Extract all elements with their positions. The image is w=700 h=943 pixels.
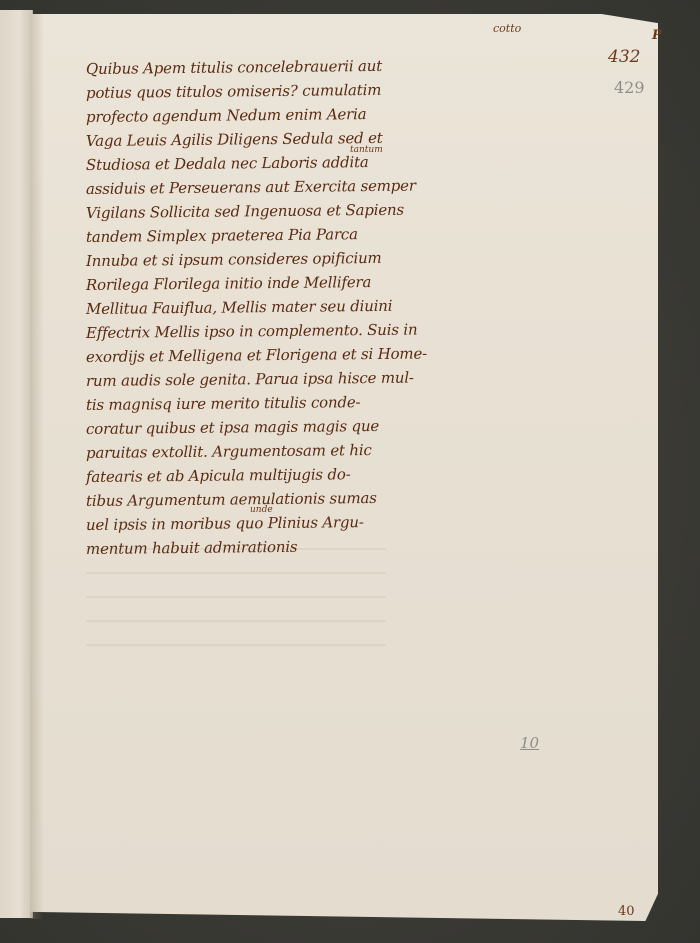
text-line: Innuba et si ipsum consideres opificium [86, 249, 382, 270]
text-line: potius quos titulos omiseris? cumulatim [86, 81, 381, 102]
bleed-through-line [86, 644, 386, 646]
text-line: Mellitua Fauiflua, Mellis mater seu diui… [86, 297, 393, 318]
text-line: mentum habuit admirationis [86, 538, 298, 558]
text-line: Studiosa et Dedala nec Laboris addita [86, 153, 369, 174]
text-line: Quibus Apem titulis concelebrauerii aut [86, 57, 382, 78]
bleed-through-line [86, 596, 386, 598]
text-line: tandem Simplex praeterea Pia Parca [86, 225, 358, 246]
text-line: Effectrix Mellis ipso in complemento. Su… [86, 321, 418, 342]
text-line: tis magnisq iure merito titulis conde- [86, 393, 361, 414]
text-line: coratur quibus et ipsa magis magis que [86, 417, 379, 438]
top-note: cotto [493, 22, 521, 35]
folio-number-pencil: 429 [614, 78, 645, 97]
text-line: Vaga Leuis Agilis Diligens Sedula sed et [86, 129, 383, 150]
text-line: Vigilans Sollicita sed Ingenuosa et Sapi… [86, 201, 404, 222]
text-line: paruitas extollit. Argumentosam et hic [86, 441, 372, 462]
folio-letter: P [652, 28, 662, 43]
bleed-through-line [86, 572, 386, 574]
facing-page-edge [0, 10, 33, 918]
gutter-shadow [30, 14, 44, 919]
text-line: assiduis et Perseuerans aut Exercita sem… [86, 177, 416, 198]
text-line: uel ipsis in moribus quo Plinius Argu- [86, 513, 364, 534]
text-line: tibus Argumentum aemulationis sumas [86, 489, 377, 510]
bleed-through-line [86, 620, 386, 622]
footer-number: 40 [618, 904, 635, 919]
text-line: Rorilega Florilega initio inde Mellifera [86, 273, 371, 294]
text-line: rum audis sole genita. Parua ipsa hisce … [86, 369, 414, 390]
pencil-mark: 10 [520, 734, 539, 752]
text-line: profecto agendum Nedum enim Aeria [86, 105, 367, 126]
folio-number-ink: 432 [608, 47, 640, 67]
text-line: fatearis et ab Apicula multijugis do- [86, 465, 351, 486]
text-line: exordijs et Melligena et Florigena et si… [86, 344, 427, 366]
